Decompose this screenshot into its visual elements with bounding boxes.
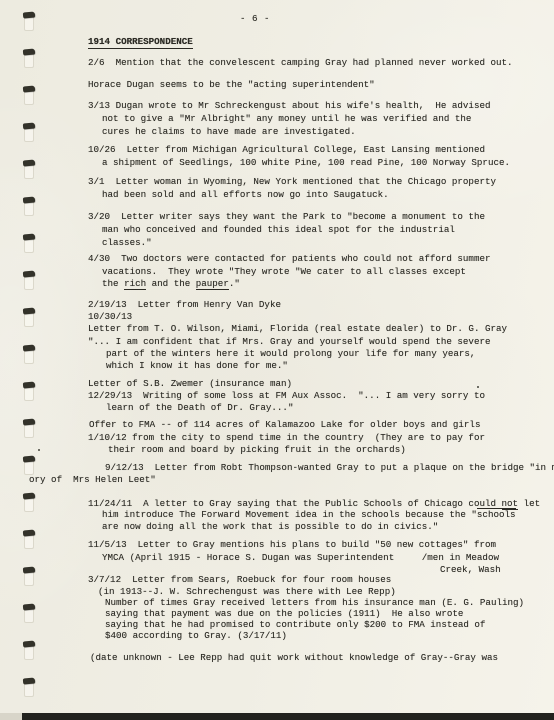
typed-line: cures he claims to have made are investi…	[102, 126, 356, 137]
binding-hole	[23, 160, 39, 182]
typed-line: Creek, Wash	[440, 564, 501, 575]
typed-line: 3/13 Dugan wrote to Mr Schreckengust abo…	[88, 100, 490, 111]
binding-hole-mark	[23, 344, 35, 351]
binding-hole-mark	[23, 307, 35, 314]
binding-hole-mark	[23, 529, 35, 536]
typed-line: him introduce The Forward Movement idea …	[102, 509, 516, 520]
binding-hole	[23, 234, 39, 256]
binding-hole-slot	[24, 461, 34, 475]
binding-hole-mark	[23, 270, 35, 277]
document-page: - 6 - 1914 CORRESPONDENCE 2/6 Mention th…	[0, 0, 554, 720]
typed-line: 11/5/13 Letter to Gray mentions his plan…	[88, 539, 496, 550]
binding-hole	[23, 12, 39, 34]
binding-hole-mark	[23, 640, 35, 647]
binding-hole-slot	[24, 387, 34, 401]
typed-line: 2/6 Mention that the convelescent campin…	[88, 57, 513, 68]
typed-line: part of the winters here it would prolon…	[106, 348, 475, 359]
typed-line: are now doing all the work that is possi…	[102, 521, 438, 532]
binding-hole	[23, 604, 39, 626]
ink-speck	[477, 386, 479, 388]
overlined-word: schools	[477, 508, 516, 520]
typed-line: the rich and the pauper."	[102, 278, 240, 289]
binding-hole-mark	[23, 11, 35, 18]
underlined-word: rich	[124, 278, 146, 290]
typed-line: had been sold and all efforts now go int…	[102, 189, 389, 200]
binding-hole	[23, 123, 39, 145]
binding-hole-mark	[23, 603, 35, 610]
binding-hole	[23, 419, 39, 441]
typed-line: Letter of S.B. Zwemer (insurance man)	[88, 378, 292, 389]
binding-hole-slot	[24, 239, 34, 253]
typed-line: 11/24/11 A letter to Gray saying that th…	[88, 498, 540, 509]
typed-line: 3/20 Letter writer says they want the Pa…	[88, 211, 485, 222]
scan-edge-bar	[22, 713, 554, 720]
underlined-word: pauper	[196, 278, 229, 290]
typed-line: saying that payment was due on the polic…	[105, 608, 463, 619]
typed-line: not to give a "Mr Albright" any money un…	[102, 113, 471, 124]
binding-hole-slot	[24, 313, 34, 327]
binding-hole	[23, 456, 39, 478]
typed-line: 3/7/12 Letter from Sears, Roebuck for fo…	[88, 574, 391, 585]
typed-line: Letter from T. O. Wilson, Miami, Florida…	[88, 323, 507, 334]
binding-hole	[23, 49, 39, 71]
binding-hole-mark	[23, 85, 35, 92]
binding-hole-slot	[24, 17, 34, 31]
typed-line: Offer to FMA -- of 114 acres of Kalamazo…	[89, 419, 480, 430]
binding-hole	[23, 567, 39, 589]
page-number-header: - 6 -	[240, 13, 270, 24]
page-title: 1914 CORRESPONDENCE	[88, 36, 193, 49]
typed-line: 1/10/12 from the city to spend time in t…	[88, 432, 485, 443]
binding-hole	[23, 308, 39, 330]
typed-line: 3/1 Letter woman in Wyoming, New York me…	[88, 176, 496, 187]
typed-line: 9/12/13 Letter from Robt Thompson-wanted…	[105, 462, 554, 473]
typed-line: $400 according to Gray. (3/17/11)	[105, 630, 287, 641]
binding-hole-slot	[24, 609, 34, 623]
binding-hole	[23, 678, 39, 700]
typed-line: (in 1913--J. W. Schrechengust was there …	[98, 586, 396, 597]
binding-hole	[23, 271, 39, 293]
binding-hole-mark	[23, 196, 35, 203]
binding-hole-slot	[24, 572, 34, 586]
typed-line: Horace Dugan seems to be the "acting sup…	[88, 79, 375, 90]
binding-hole-slot	[24, 498, 34, 512]
scan-edge-fade	[0, 713, 22, 720]
binding-hole-mark	[23, 455, 35, 462]
binding-hole-slot	[24, 350, 34, 364]
typed-line: ory of Mrs Helen Leet"	[29, 474, 156, 485]
binding-hole-slot	[24, 424, 34, 438]
typed-line: Number of times Gray received letters fr…	[105, 597, 524, 608]
binding-hole-mark	[23, 48, 35, 55]
typed-line: 10/30/13	[88, 311, 132, 322]
typed-line: YMCA (April 1915 - Horace S. Dugan was S…	[102, 552, 499, 563]
binding-hole	[23, 86, 39, 108]
typed-line: (date unknown - Lee Repp had quit work w…	[90, 652, 498, 663]
typed-line: 4/30 Two doctors were contacted for pati…	[88, 253, 490, 264]
typed-line: 10/26 Letter from Michigan Agricultural …	[88, 144, 485, 155]
binding-hole-mark	[23, 418, 35, 425]
binding-hole	[23, 382, 39, 404]
binding-hole-mark	[23, 566, 35, 573]
binding-hole	[23, 345, 39, 367]
binding-hole-slot	[24, 165, 34, 179]
typed-line: saying that he had promised to contribut…	[105, 619, 485, 630]
binding-hole	[23, 641, 39, 663]
binding-hole-slot	[24, 128, 34, 142]
binding-hole-mark	[23, 381, 35, 388]
binding-hole-mark	[23, 492, 35, 499]
typed-line: classes."	[102, 237, 152, 248]
typed-line: vacations. They wrote "They wrote "We ca…	[102, 266, 466, 277]
binding-hole-mark	[23, 233, 35, 240]
binding-hole-mark	[23, 122, 35, 129]
typed-line: their room and board by picking fruit in…	[108, 444, 406, 455]
binding-hole-slot	[24, 202, 34, 216]
typed-line: 12/29/13 Writing of some loss at FM Aux …	[88, 390, 485, 401]
binding-hole-slot	[24, 683, 34, 697]
binding-hole-slot	[24, 535, 34, 549]
binding-hole-slot	[24, 646, 34, 660]
binding-hole-slot	[24, 91, 34, 105]
binding-hole	[23, 493, 39, 515]
binding-hole-mark	[23, 159, 35, 166]
binding-hole-slot	[24, 276, 34, 290]
binding-hole-mark	[23, 677, 35, 684]
typed-line: learn of the Death of Dr. Gray..."	[106, 402, 293, 413]
typed-line: a shipment of Seedlings, 100 white Pine,…	[102, 157, 510, 168]
typed-line: which I know it has done for me."	[106, 360, 288, 371]
ink-speck	[38, 449, 40, 451]
typed-line: 2/19/13 Letter from Henry Van Dyke	[88, 299, 281, 310]
binding-hole-slot	[24, 54, 34, 68]
binding-hole	[23, 530, 39, 552]
binding-hole	[23, 197, 39, 219]
typed-line: man who conceived and founded this ideal…	[102, 224, 455, 235]
typed-line: "... I am confident that if Mrs. Gray an…	[88, 336, 490, 347]
